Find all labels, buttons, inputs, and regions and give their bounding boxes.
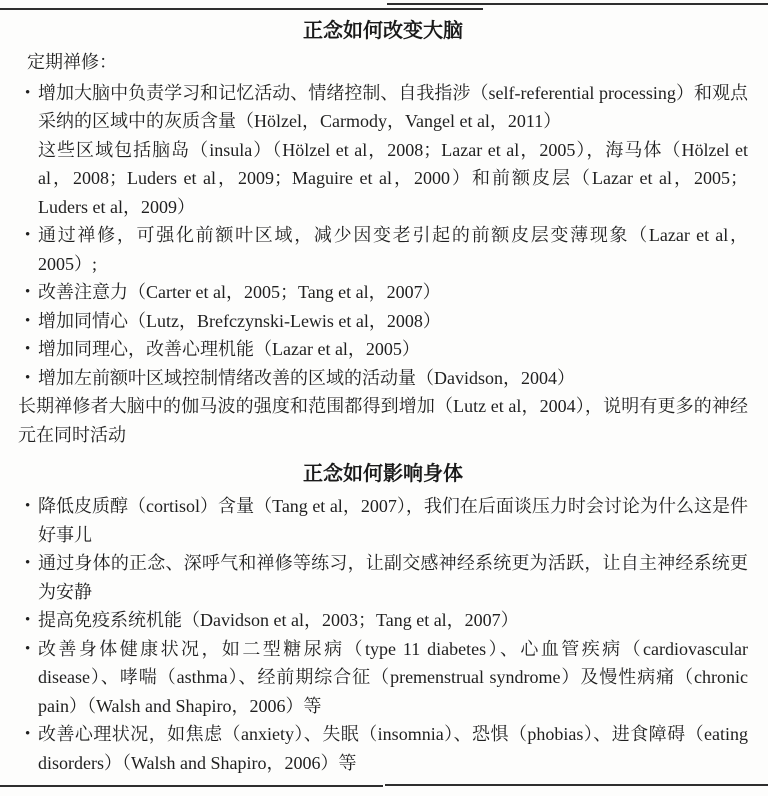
list-item: • 增加同理心，改善心理机能（Lazar et al，2005） <box>38 335 748 364</box>
list-item-text: 通过身体的正念、深呼气和禅修等练习，让副交感神经系统更为活跃，让自主神经系统更为… <box>38 549 748 606</box>
bullet-icon: • <box>25 307 30 336</box>
section-heading-body: 正念如何影响身体 <box>18 460 748 488</box>
list-item-text: 这些区域包括脑岛（insula）（Hölzel et al，2008；Lazar… <box>38 136 748 222</box>
body-effects-list: • 降低皮质醇（cortisol）含量（Tang et al，2007），我们在… <box>18 492 748 777</box>
bullet-icon: • <box>25 335 30 364</box>
list-item: • 改善身体健康状况，如二型糖尿病（type 11 diabetes）、心血管疾… <box>38 635 748 721</box>
lead-line: 定期禅修： <box>18 48 748 77</box>
book-page: 正念如何改变大脑 定期禅修： • 增加大脑中负责学习和记忆活动、情绪控制、自我指… <box>0 0 768 796</box>
list-item: • 提高免疫系统机能（Davidson et al，2003；Tang et a… <box>38 606 748 635</box>
bullet-icon: • <box>25 221 30 250</box>
closing-paragraph: 长期禅修者大脑中的伽马波的强度和范围都得到增加（Lutz et al，2004）… <box>18 392 748 449</box>
list-item: • 通过禅修，可强化前额叶区域，减少因变老引起的前额皮层变薄现象（Lazar e… <box>38 221 748 278</box>
list-item-text: 提高免疫系统机能（Davidson et al，2003；Tang et al，… <box>38 606 748 635</box>
list-item-text: 增加大脑中负责学习和记忆活动、情绪控制、自我指涉（self-referentia… <box>38 79 748 136</box>
brain-effects-list: • 增加大脑中负责学习和记忆活动、情绪控制、自我指涉（self-referent… <box>18 79 748 393</box>
list-item: • 通过身体的正念、深呼气和禅修等练习，让副交感神经系统更为活跃，让自主神经系统… <box>38 549 748 606</box>
list-item-text: 增加同情心（Lutz，Brefczynski-Lewis et al，2008） <box>38 307 748 336</box>
bullet-icon: • <box>25 635 30 664</box>
list-item: • 降低皮质醇（cortisol）含量（Tang et al，2007），我们在… <box>38 492 748 549</box>
list-item: • 改善注意力（Carter et al，2005；Tang et al，200… <box>38 278 748 307</box>
bullet-icon: • <box>25 364 30 393</box>
bullet-icon: • <box>25 606 30 635</box>
list-item: • 增加同情心（Lutz，Brefczynski-Lewis et al，200… <box>38 307 748 336</box>
list-item-text: 增加同理心，改善心理机能（Lazar et al，2005） <box>38 335 748 364</box>
top-rule-right-segment <box>387 3 768 5</box>
page-content: 正念如何改变大脑 定期禅修： • 增加大脑中负责学习和记忆活动、情绪控制、自我指… <box>0 0 768 777</box>
bottom-rule-right-segment <box>385 784 768 786</box>
section-heading-brain: 正念如何改变大脑 <box>18 17 748 45</box>
list-item-text: 改善注意力（Carter et al，2005；Tang et al，2007） <box>38 278 748 307</box>
bullet-icon: • <box>25 278 30 307</box>
list-item-text: 增加左前额叶区域控制情绪改善的区域的活动量（Davidson，2004） <box>38 364 748 393</box>
bottom-rule-left-segment <box>0 785 383 787</box>
bullet-icon: • <box>25 492 30 521</box>
list-item-text: 改善心理状况，如焦虑（anxiety）、失眠（insomnia）、恐惧（phob… <box>38 720 748 777</box>
top-rule-left-segment <box>0 8 483 10</box>
list-item-text: 降低皮质醇（cortisol）含量（Tang et al，2007），我们在后面… <box>38 492 748 549</box>
list-item: • 增加大脑中负责学习和记忆活动、情绪控制、自我指涉（self-referent… <box>38 79 748 222</box>
list-item: • 增加左前额叶区域控制情绪改善的区域的活动量（Davidson，2004） <box>38 364 748 393</box>
list-item: • 改善心理状况，如焦虑（anxiety）、失眠（insomnia）、恐惧（ph… <box>38 720 748 777</box>
list-item-text: 通过禅修，可强化前额叶区域，减少因变老引起的前额皮层变薄现象（Lazar et … <box>38 221 748 278</box>
bullet-icon: • <box>25 720 30 749</box>
bullet-icon: • <box>25 549 30 578</box>
list-item-text: 改善身体健康状况，如二型糖尿病（type 11 diabetes）、心血管疾病（… <box>38 635 748 721</box>
bullet-icon: • <box>25 79 30 108</box>
